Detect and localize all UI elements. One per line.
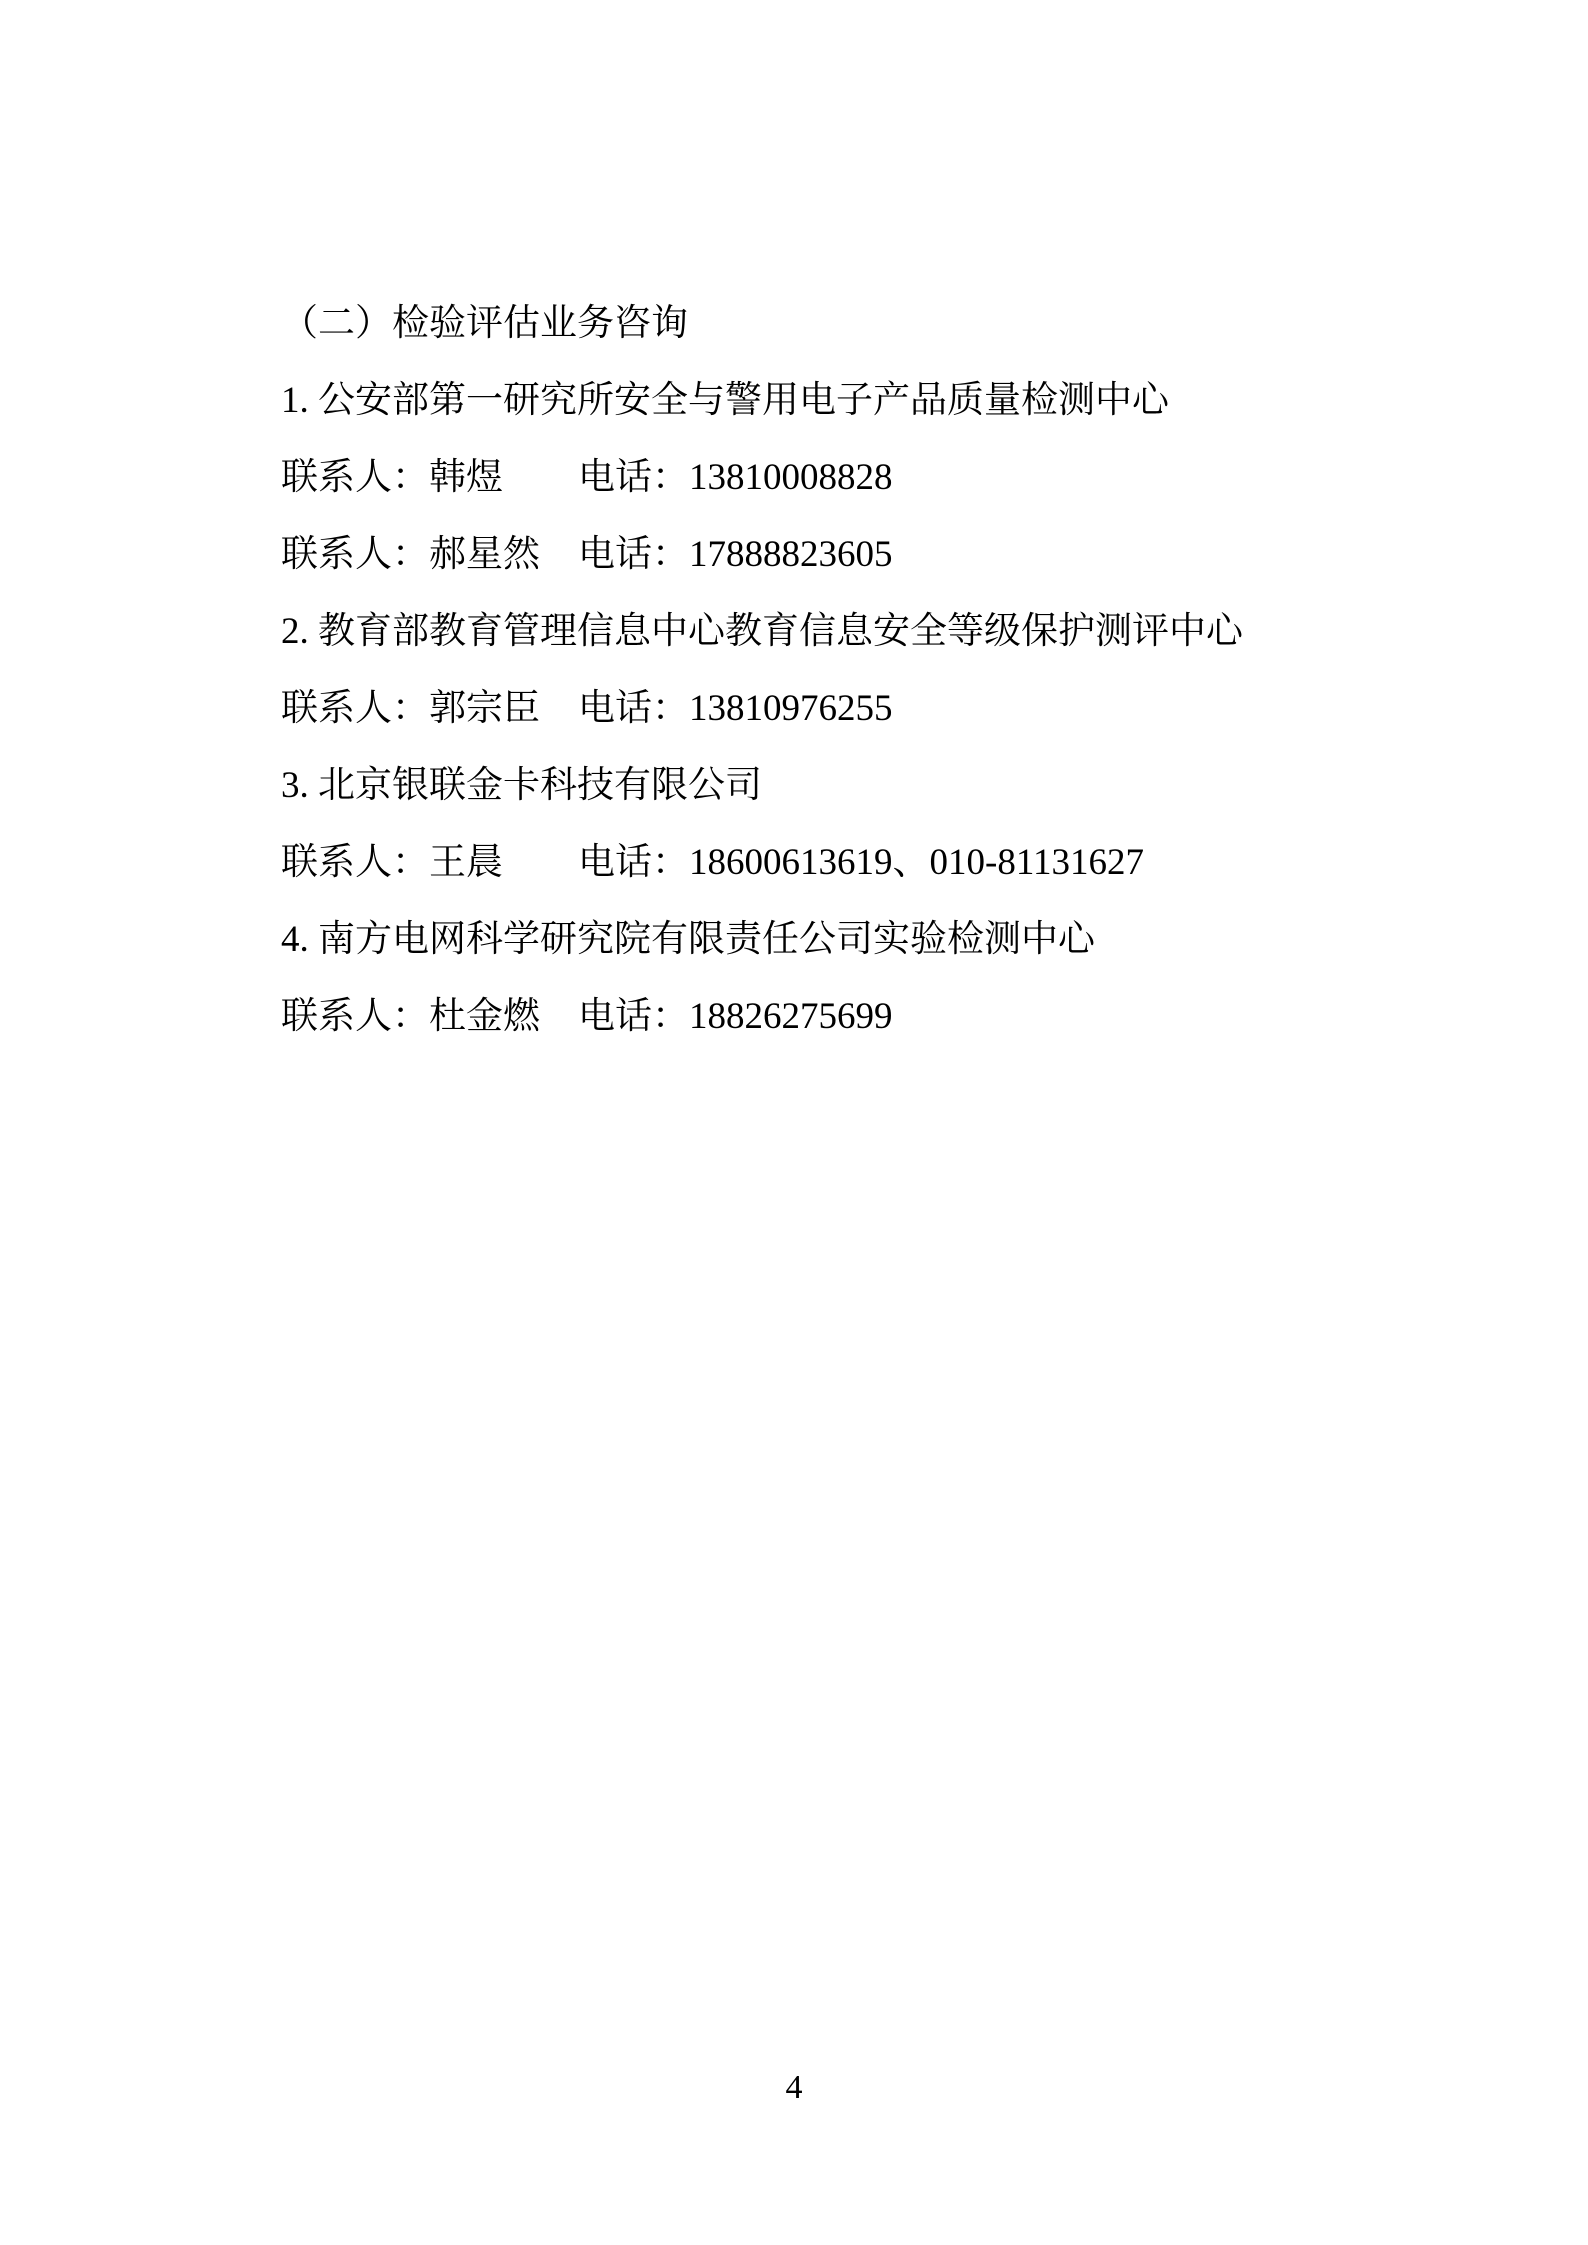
phone-label: 电话：: [578, 996, 689, 1037]
entry-title-4: 4. 南方电网科学研究院有限责任公司实验检测中心: [281, 901, 1431, 978]
phone-label: 电话：: [578, 842, 689, 883]
document-page: （二）检验评估业务咨询 1. 公安部第一研究所安全与警用电子产品质量检测中心 联…: [0, 0, 1588, 2245]
phone-number: 13810008828: [689, 457, 893, 498]
phone-number: 17888823605: [689, 534, 893, 575]
contact-label: 联系人：: [281, 842, 429, 883]
entry-title-1: 1. 公安部第一研究所安全与警用电子产品质量检测中心: [281, 362, 1431, 439]
phone-label: 电话：: [578, 534, 689, 575]
contact-row: 联系人：韩煜电话：13810008828: [281, 439, 1431, 516]
contact-label: 联系人：: [281, 534, 429, 575]
section-heading: （二）检验评估业务咨询: [281, 285, 1431, 362]
phone-number: 18600613619、010-81131627: [689, 842, 1144, 883]
page-number: 4: [0, 2058, 1588, 2118]
contact-row: 联系人：郭宗臣电话：13810976255: [281, 670, 1431, 747]
contact-label: 联系人：: [281, 457, 429, 498]
contact-name: 韩煜: [429, 439, 578, 516]
contact-row: 联系人：郝星然电话：17888823605: [281, 516, 1431, 593]
document-body: （二）检验评估业务咨询 1. 公安部第一研究所安全与警用电子产品质量检测中心 联…: [281, 285, 1431, 1055]
entry-title-3: 3. 北京银联金卡科技有限公司: [281, 747, 1431, 824]
contact-label: 联系人：: [281, 688, 429, 729]
phone-number: 18826275699: [689, 996, 893, 1037]
contact-name: 郝星然: [429, 516, 578, 593]
phone-label: 电话：: [578, 688, 689, 729]
contact-row: 联系人：杜金燃电话：18826275699: [281, 978, 1431, 1055]
contact-label: 联系人：: [281, 996, 429, 1037]
phone-label: 电话：: [578, 457, 689, 498]
phone-number: 13810976255: [689, 688, 893, 729]
contact-name: 郭宗臣: [429, 670, 578, 747]
entry-title-2: 2. 教育部教育管理信息中心教育信息安全等级保护测评中心: [281, 593, 1431, 670]
contact-row: 联系人：王晨电话：18600613619、010-81131627: [281, 824, 1431, 901]
contact-name: 王晨: [429, 824, 578, 901]
contact-name: 杜金燃: [429, 978, 578, 1055]
